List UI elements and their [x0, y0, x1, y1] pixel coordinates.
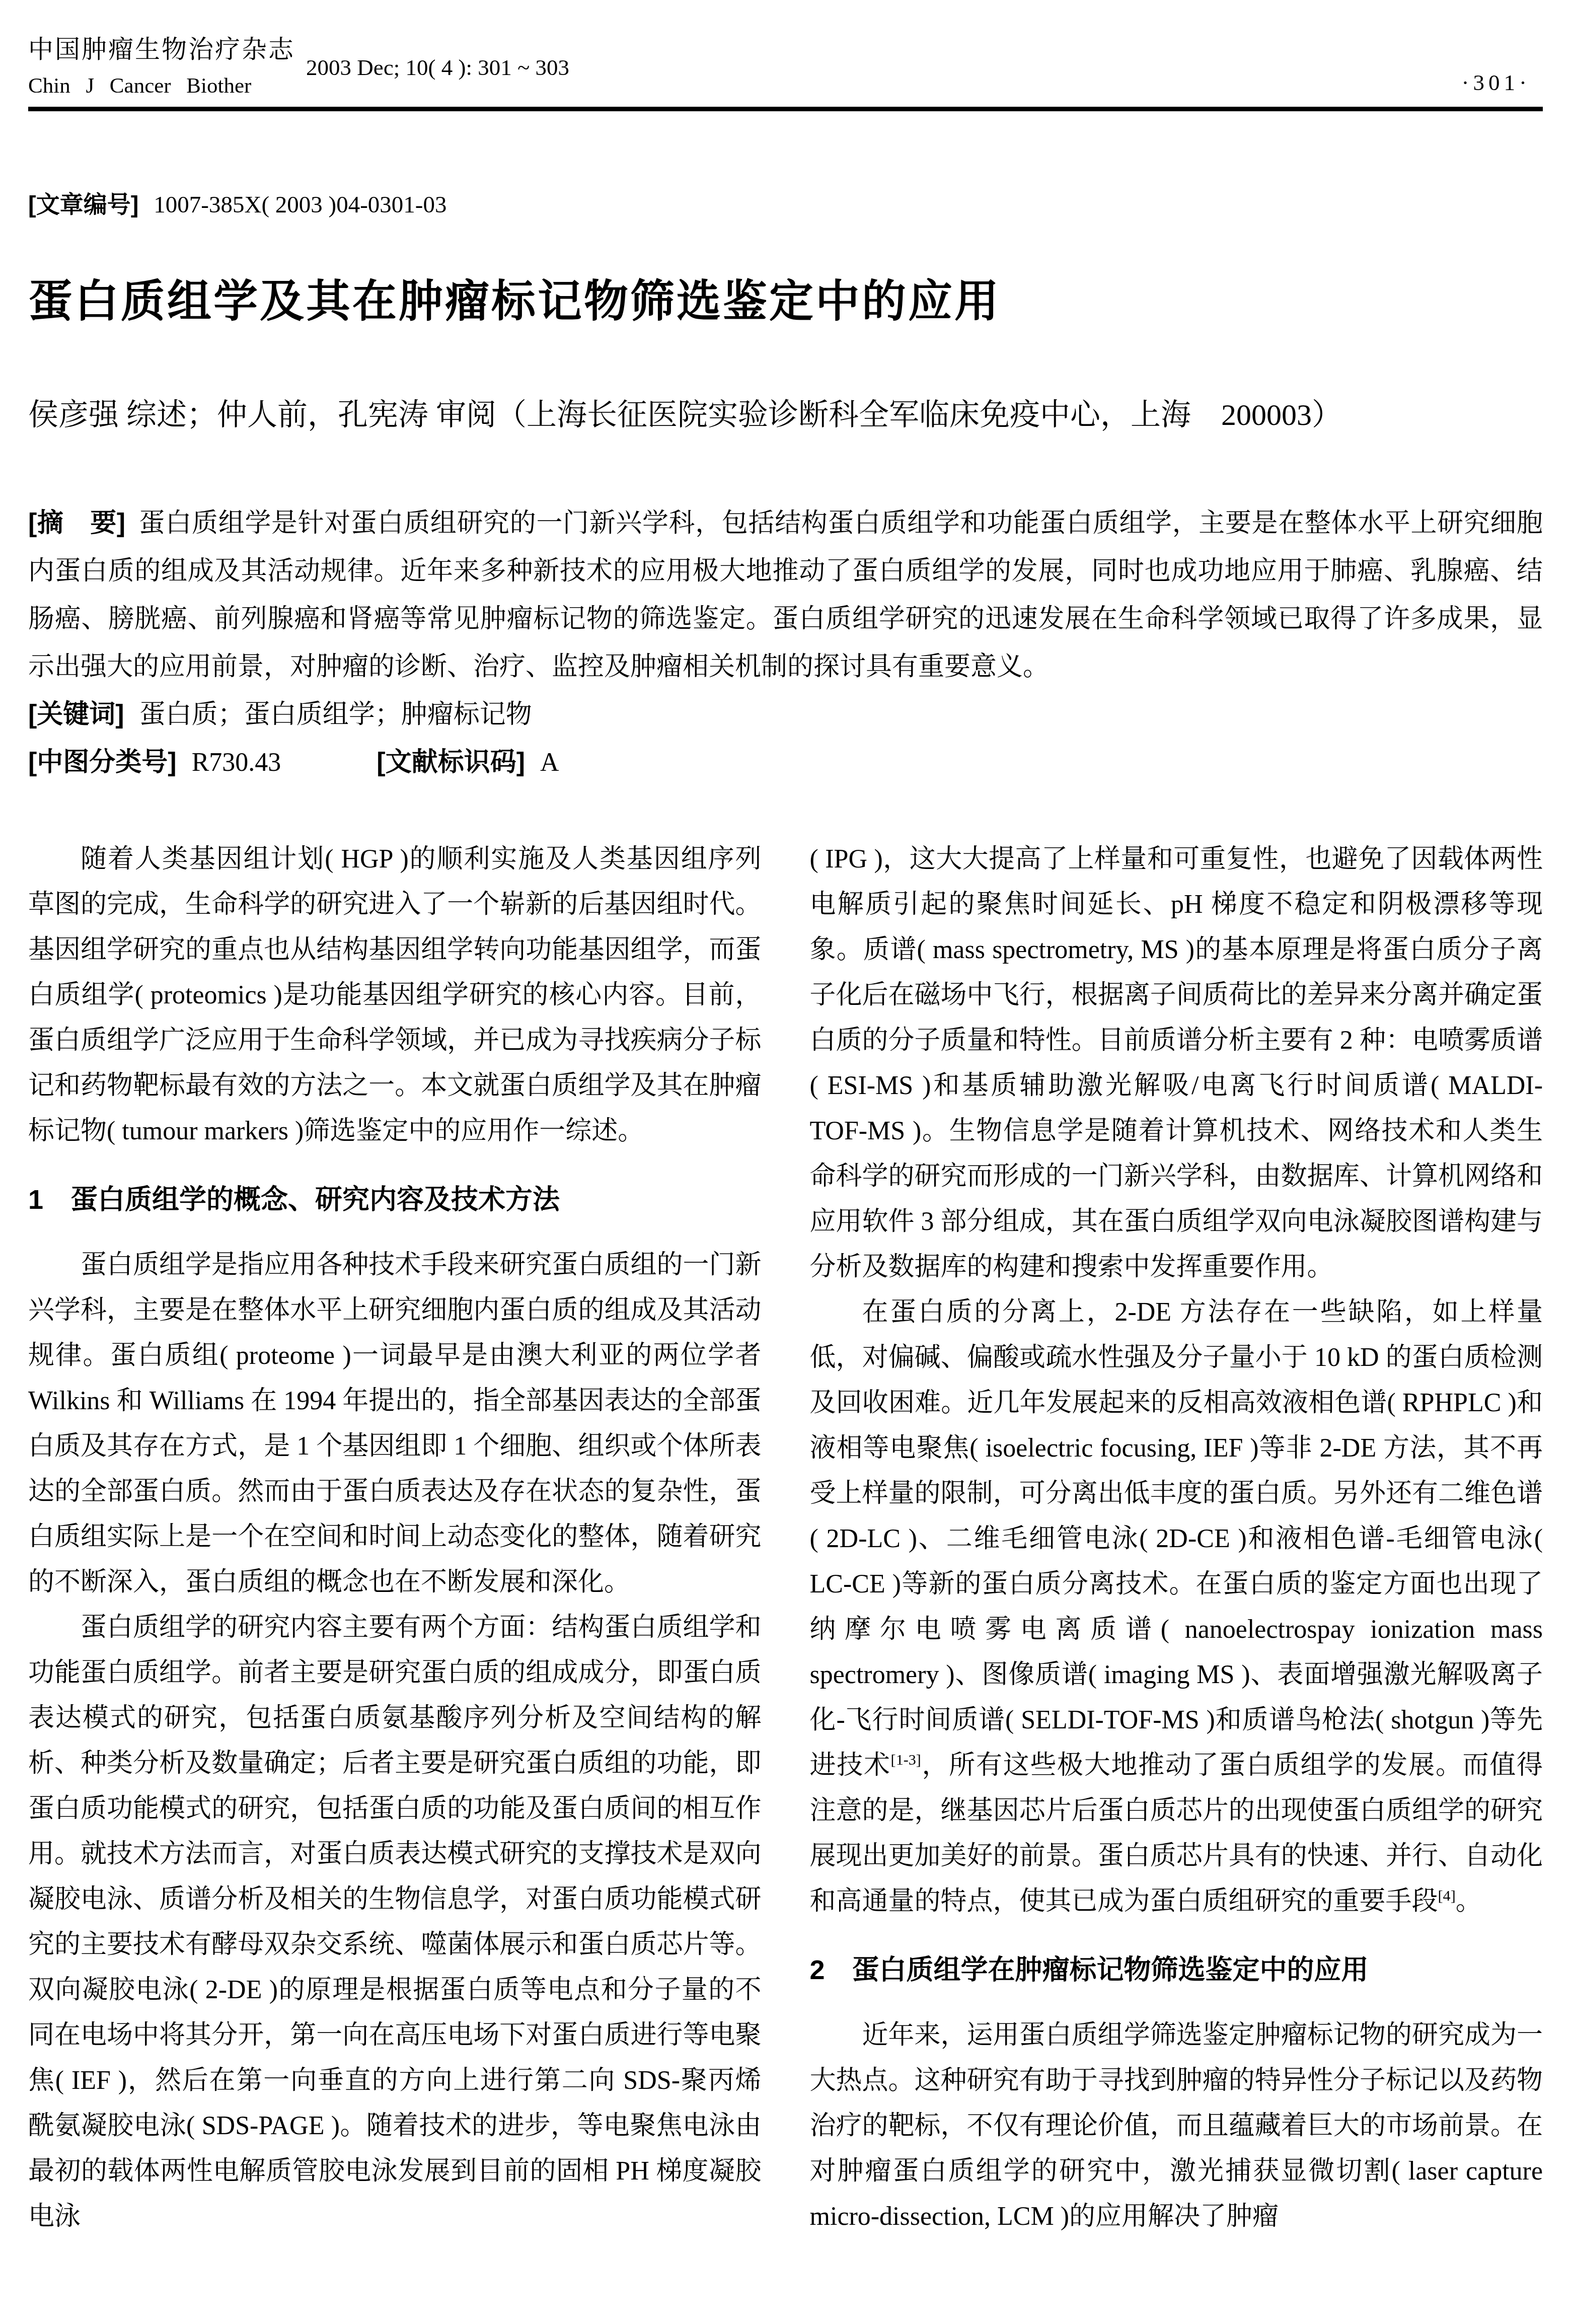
journal-page: 中国肿瘤生物治疗杂志 Chin J Cancer Biother 2003 De… [0, 0, 1571, 2324]
body-paragraph: 近年来，运用蛋白质组学筛选鉴定肿瘤标记物的研究成为一大热点。这种研究有助于寻找到… [810, 2013, 1543, 2239]
issue-info: 2003 Dec; 10( 4 ): 301 ~ 303 [306, 54, 569, 81]
keywords-line: [关键词]蛋白质；蛋白质组学；肿瘤标记物 [28, 691, 1543, 739]
abstract-label: [摘 要] [28, 509, 125, 538]
doc-code-label: [文献标识码] [377, 748, 525, 777]
article-number-line: [文章编号]1007-385X( 2003 )04-0301-03 [28, 186, 1543, 220]
keywords-text: 蛋白质；蛋白质组学；肿瘤标记物 [139, 700, 532, 729]
section-heading-1: 1 蛋白质组学的概念、研究内容及技术方法 [28, 1177, 762, 1222]
reference-superscript: [4] [1438, 1887, 1456, 1904]
section-heading-2: 2 蛋白质组学在肿瘤标记物筛选鉴定中的应用 [810, 1947, 1543, 1993]
abstract-block: [摘 要]蛋白质组学是针对蛋白质组研究的一门新兴学科，包括结构蛋白质组学和功能蛋… [28, 499, 1543, 691]
keywords-label: [关键词] [28, 700, 124, 729]
classification-line: [中图分类号]R730.43[文献标识码]A [28, 739, 1543, 786]
page-number: ·301· [1462, 69, 1531, 96]
article-number-label: [文章编号] [28, 191, 138, 217]
body-column-right: ( IPG )，这大大提高了上样量和可重复性，也避免了因载体两性电解质引起的聚焦… [810, 837, 1543, 2239]
body-paragraph: 随着人类基因组计划( HGP )的顺利实施及人类基因组序列草图的完成，生命科学的… [28, 837, 762, 1154]
journal-name-cn: 中国肿瘤生物治疗杂志 [28, 29, 1543, 65]
reference-superscript: [1-3] [891, 1751, 921, 1768]
article-body: 随着人类基因组计划( HGP )的顺利实施及人类基因组序列草图的完成，生命科学的… [28, 837, 1543, 2239]
journal-name-en: Chin J Cancer Biother [28, 74, 1543, 98]
body-column-left: 随着人类基因组计划( HGP )的顺利实施及人类基因组序列草图的完成，生命科学的… [28, 837, 762, 2239]
body-paragraph: 蛋白质组学的研究内容主要有两个方面：结构蛋白质组学和功能蛋白质组学。前者主要是研… [28, 1605, 762, 2239]
body-paragraph: 蛋白质组学是指应用各种技术手段来研究蛋白质组的一门新兴学科，主要是在整体水平上研… [28, 1243, 762, 1605]
doc-code-value: A [540, 748, 559, 777]
clc-label: [中图分类号] [28, 748, 177, 777]
clc-value: R730.43 [192, 748, 281, 777]
body-paragraph: ( IPG )，这大大提高了上样量和可重复性，也避免了因载体两性电解质引起的聚焦… [810, 837, 1543, 1290]
body-paragraph: 在蛋白质的分离上，2-DE 方法存在一些缺陷，如上样量低，对偏碱、偏酸或疏水性强… [810, 1290, 1543, 1924]
header-divider-rule [28, 107, 1543, 111]
page-header: 中国肿瘤生物治疗杂志 Chin J Cancer Biother 2003 De… [28, 29, 1543, 96]
article-number-value: 1007-385X( 2003 )04-0301-03 [154, 192, 446, 218]
article-title: 蛋白质组学及其在肿瘤标记物筛选鉴定中的应用 [28, 266, 1543, 329]
abstract-text: 蛋白质组学是针对蛋白质组研究的一门新兴学科，包括结构蛋白质组学和功能蛋白质组学，… [28, 509, 1543, 681]
article-authors: 侯彦强 综述；仲人前，孔宪涛 审阅（上海长征医院实验诊断科全军临床免疫中心，上海… [28, 391, 1543, 434]
